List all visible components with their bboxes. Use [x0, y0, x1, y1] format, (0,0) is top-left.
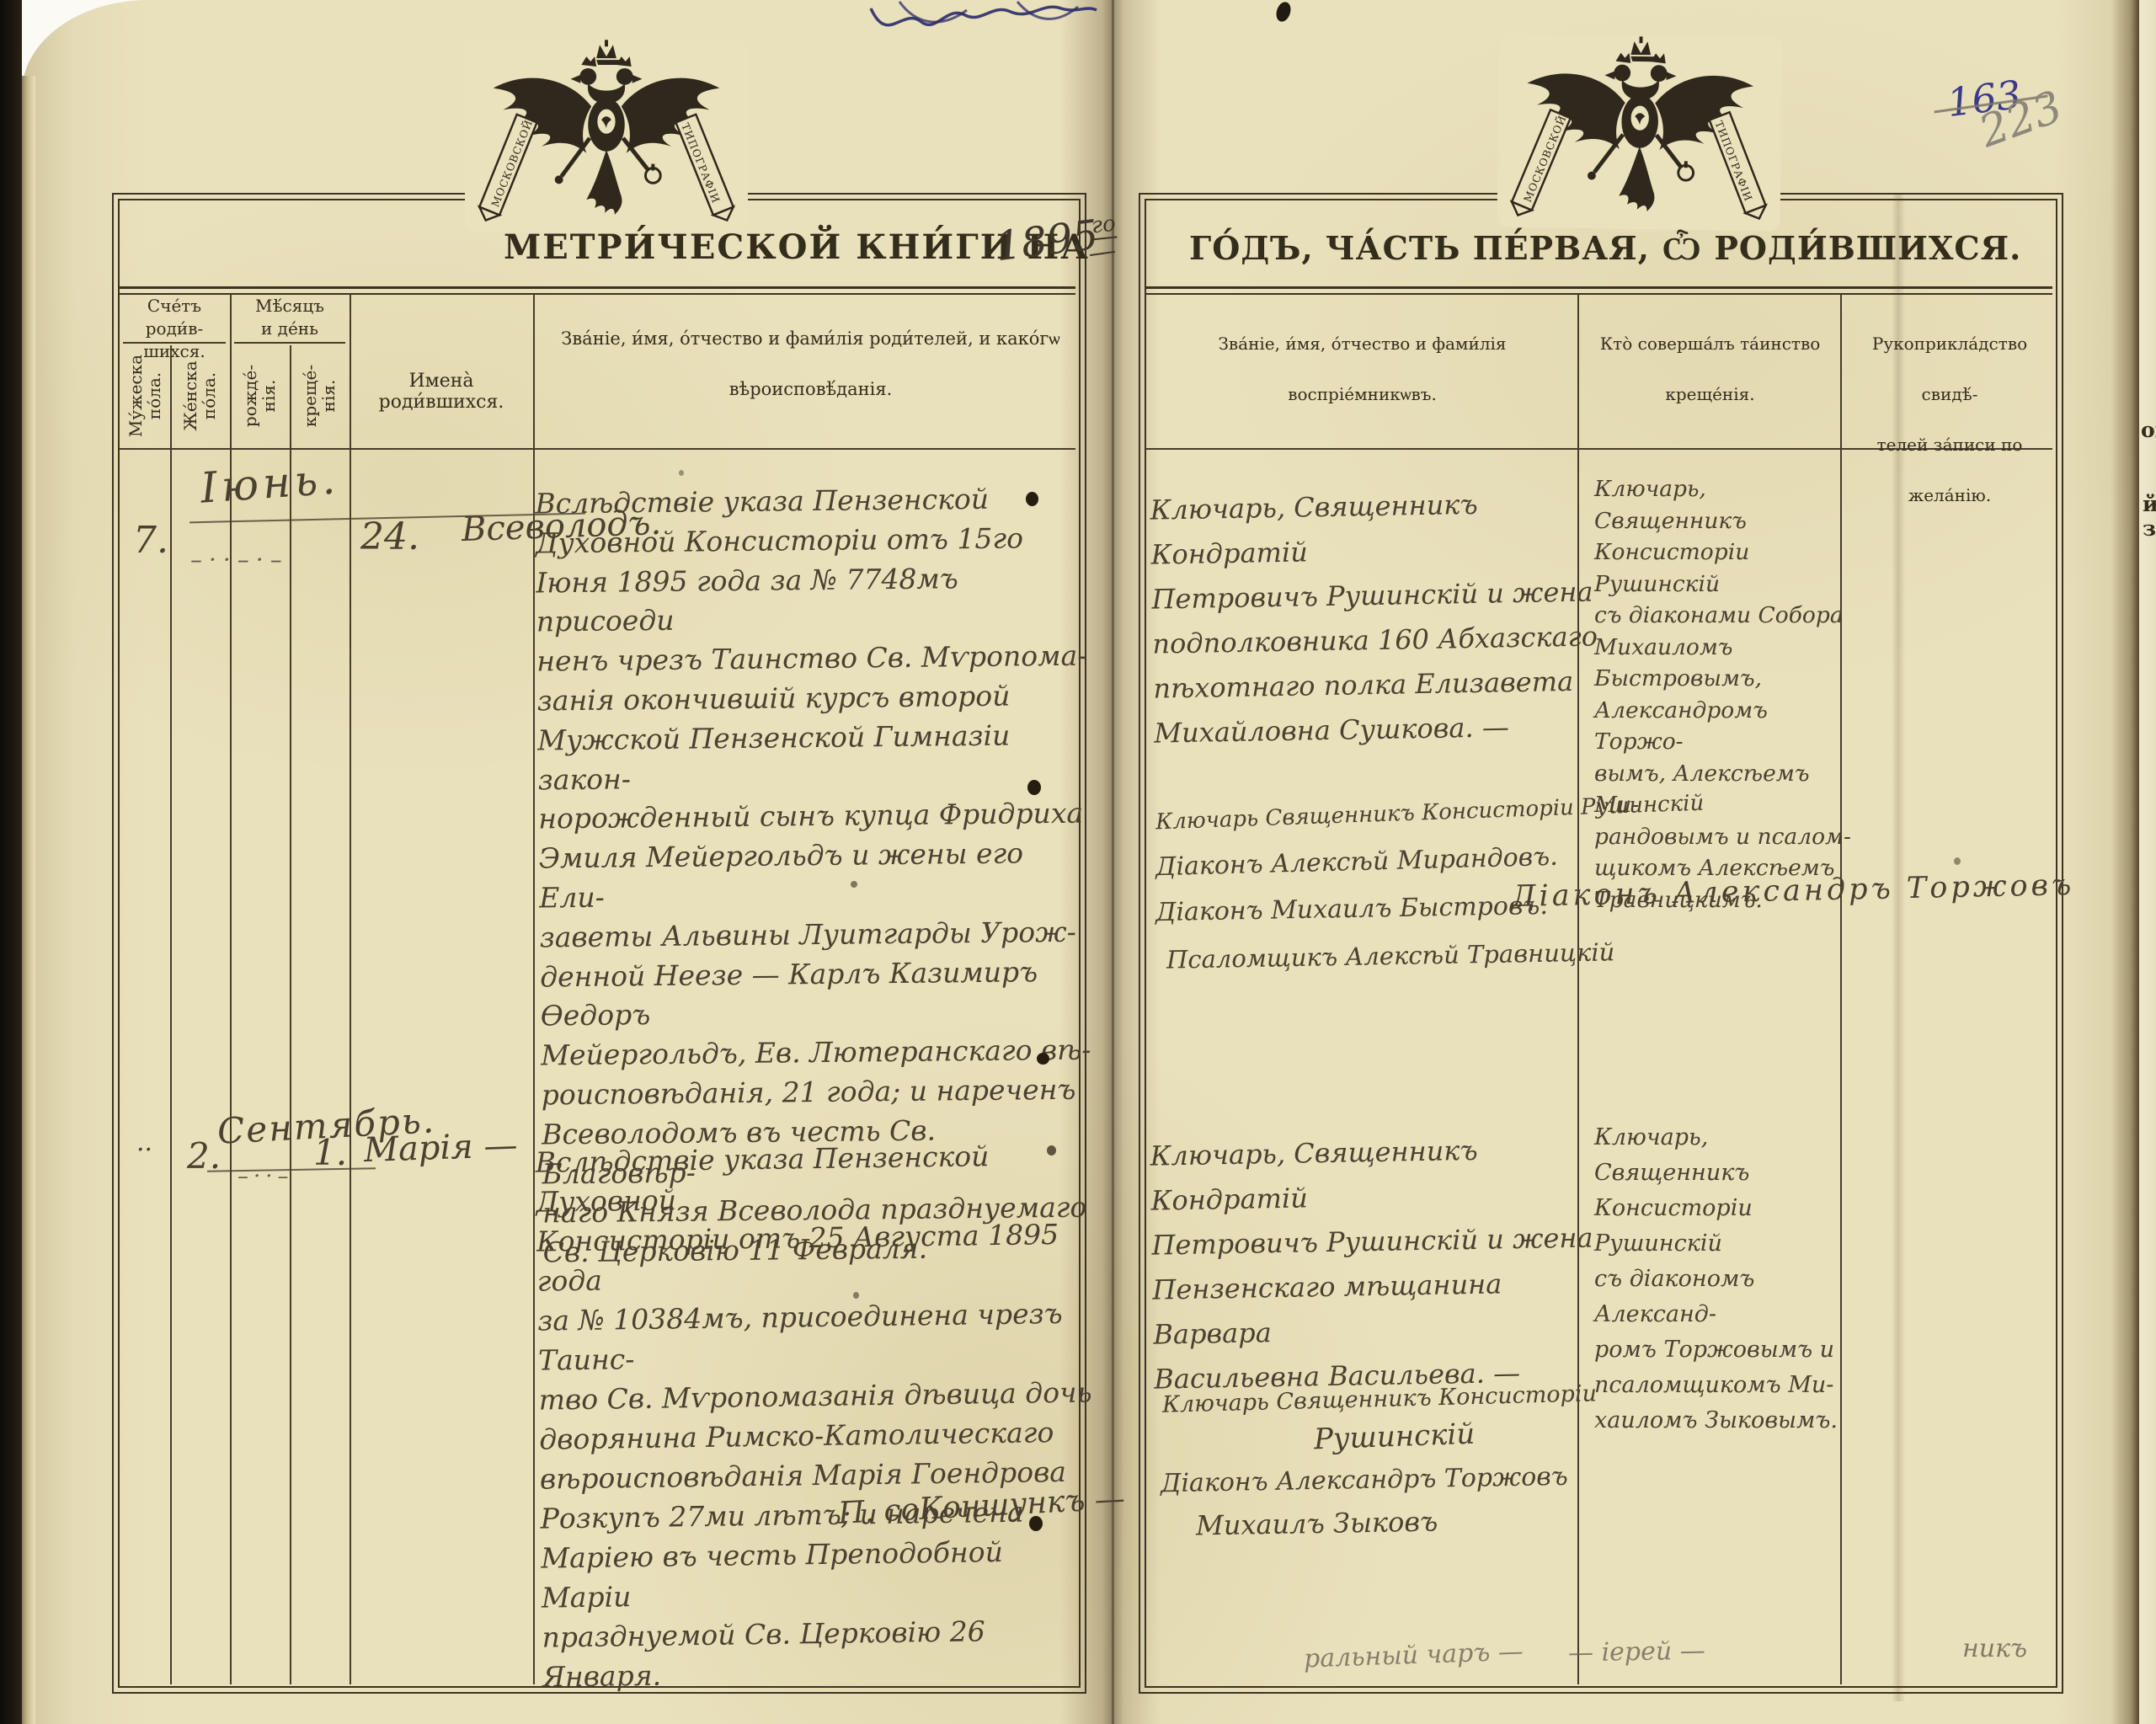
entry1-count-male: 7.	[133, 519, 168, 562]
entry2-officiant-text: Ключарь, Священникъ Консисторіи Рушинскі…	[1594, 1120, 1855, 1438]
wormhole-dot	[853, 1292, 859, 1299]
imperial-eagle-emblem: МОСКОВСКОЙ ТИПОГРАФІИ	[1497, 34, 1782, 232]
wormhole-dot	[679, 470, 684, 476]
entry2-signature-rushinsky: Рушинскій	[1313, 1417, 1475, 1457]
wormhole-dot	[1954, 857, 1961, 865]
header-count-male: Му́жеска по́ла.	[126, 345, 163, 446]
header-month-group: Мѣ́сяцъ и де́нь	[230, 295, 350, 340]
ink-blot	[1029, 1516, 1043, 1531]
entry2-count-prev: ··	[136, 1135, 152, 1165]
top-ink-scribble	[866, 0, 1102, 49]
table-top-rule-left	[120, 286, 1075, 295]
header-officiant: Кто̀ соверша́лъ та́инство креще́нія.	[1582, 318, 1838, 419]
register-title-right: ГО́ДЪ, ЧА́СТЬ ПЕ́РВАЯ, Ѽ РОДИ́ВШИХСЯ.	[1189, 229, 2021, 268]
header-bottom-rule-left	[120, 448, 1075, 450]
next-page-strip	[2139, 0, 2156, 1724]
entry2-baptism-day: 1.	[313, 1132, 347, 1173]
header-group-rule	[234, 342, 345, 344]
entry1-birth-dash: –··–·–	[190, 546, 289, 574]
ink-blot	[1026, 492, 1038, 506]
page-right-edge-shadow	[2111, 0, 2139, 1724]
header-count-female: Же́нска по́ла.	[181, 345, 218, 446]
imperial-eagle-emblem: МОСКОВСКОЙ ТИПОГРАФІИ	[465, 39, 748, 232]
header-godparents: Зва́ніе, и́мя, о́тчество и фами́лія восп…	[1150, 318, 1575, 419]
header-day-born: рожде́- нія.	[241, 345, 278, 446]
entry1-officiant-text: Ключарь, Священникъ Консисторіи Рушинскі…	[1594, 473, 1855, 915]
header-names: Имена̀ роди́вшихся.	[350, 371, 533, 413]
bottom-annotation-right: никъ	[1962, 1634, 2027, 1663]
binding-gutter-line	[1112, 0, 1114, 1724]
ink-blot	[1037, 1053, 1049, 1065]
header-day-baptized: креще́- нія.	[301, 345, 338, 446]
header-parents: Зва́ніе, и́мя, о́тчество и фами́лія роди…	[539, 313, 1082, 414]
next-page-text-fragment: опр	[2141, 418, 2156, 442]
column-line	[350, 294, 351, 1684]
table-top-rule-right	[1146, 286, 2052, 295]
entry2-count-female: 2.	[187, 1135, 221, 1177]
book-left-edge	[0, 0, 22, 1724]
next-page-text-fragment: й з	[2143, 492, 2156, 541]
entry2-godparents-text: Ключарь, Священникъ Кондратій Петровичъ …	[1150, 1126, 1600, 1401]
page-stack-edges	[22, 76, 35, 1724]
wormhole-dot	[851, 881, 857, 888]
scanned-metrical-book-spread: опр й з	[0, 0, 2156, 1724]
ink-blot	[1027, 780, 1041, 795]
entry2-parents-text: Вслѣдствіе указа Пензенской Духовной Кон…	[535, 1134, 1102, 1696]
entry2-signature-zykov: Михаилъ Зыковъ	[1196, 1505, 1438, 1541]
title-year-suffix: го	[1090, 211, 1117, 241]
entry2-name: Марія —	[363, 1126, 518, 1170]
header-witnesses: Рукоприкла́дство свидѣ́- телей за́писи п…	[1844, 318, 2055, 520]
column-line	[170, 345, 172, 1684]
bottom-annotation-mid: — іерей —	[1568, 1636, 1705, 1668]
entry2-birth-dash: –··–	[237, 1164, 294, 1189]
entry1-godparents-text: Ключарь, Священникъ Кондратій Петровичъ …	[1150, 480, 1600, 755]
entry1-baptism-day: 24.	[360, 515, 419, 558]
entry1-month: Іюнь.	[199, 454, 340, 512]
column-line	[290, 345, 291, 1684]
ink-blot	[1047, 1145, 1056, 1156]
